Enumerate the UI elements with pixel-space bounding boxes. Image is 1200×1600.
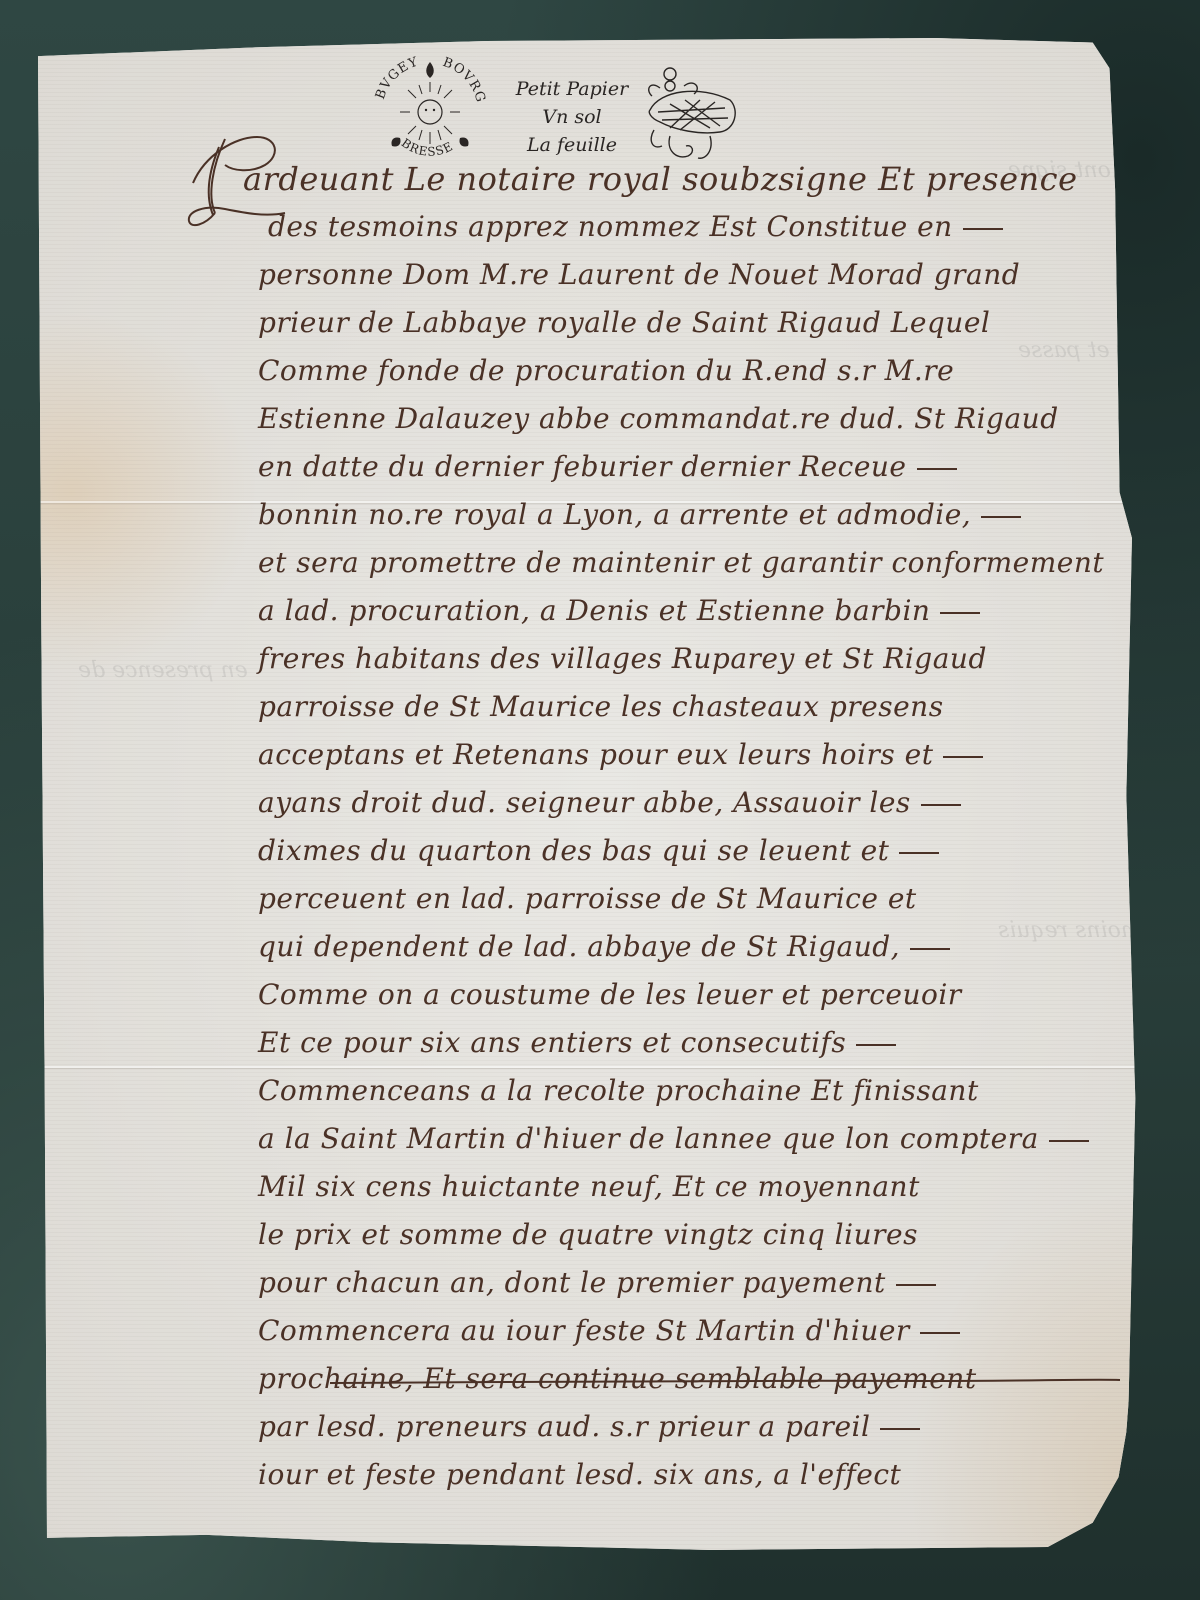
text-line: freres habitans des villages Ruparey et … (258, 635, 1138, 683)
text-line: parroisse de St Maurice les chasteaux pr… (258, 683, 1138, 731)
line-filler-dash (963, 228, 1003, 230)
line-filler-dash (1049, 1140, 1089, 1142)
text-line-content: des tesmoins apprez nommez Est Constitue… (268, 210, 953, 243)
text-line-content: en datte du dernier feburier dernier Rec… (258, 450, 907, 483)
text-line-content: perceuent en lad. parroisse de St Mauric… (258, 882, 917, 915)
text-line: des tesmoins apprez nommez Est Constitue… (268, 203, 1138, 251)
ornamental-flourish-icon (640, 60, 745, 170)
text-line-content: personne Dom M.re Laurent de Nouet Morad… (258, 258, 1020, 291)
text-line: personne Dom M.re Laurent de Nouet Morad… (258, 251, 1138, 299)
text-line: a lad. procuration, a Denis et Estienne … (258, 587, 1138, 635)
line-filler-dash (981, 516, 1021, 518)
text-line-content: a lad. procuration, a Denis et Estienne … (258, 594, 930, 627)
text-line-content: ardeuant Le notaire royal soubzsigne Et … (243, 160, 1078, 198)
stamp-line: Petit Papier (497, 75, 647, 103)
text-line: acceptans et Retenans pour eux leurs hoi… (258, 731, 1138, 779)
text-line-content: a la Saint Martin d'hiuer de lannee que … (258, 1122, 1039, 1155)
text-line-content: Commenceans a la recolte prochaine Et fi… (258, 1074, 979, 1107)
text-line: ardeuant Le notaire royal soubzsigne Et … (243, 155, 1138, 203)
text-line: Comme fonde de procuration du R.end s.r … (258, 347, 1138, 395)
fleur-de-lis-sun-icon: BVGEY BOVRG BRESSE (370, 52, 490, 172)
text-line: a la Saint Martin d'hiuer de lannee que … (258, 1115, 1138, 1163)
text-line-content: dixmes du quarton des bas qui se leuent … (258, 834, 889, 867)
text-line: Commencera au iour feste St Martin d'hiu… (258, 1307, 1138, 1355)
svg-text:BOVRG: BOVRG (441, 55, 489, 105)
text-line-content: iour et feste pendant lesd. six ans, a l… (258, 1458, 901, 1491)
svg-text:BVGEY: BVGEY (373, 55, 421, 102)
line-filler-dash (921, 804, 961, 806)
text-line-content: Comme on a coustume de les leuer et perc… (258, 978, 962, 1011)
text-line-content: Estienne Dalauzey abbe commandat.re dud.… (258, 402, 1059, 435)
text-line: pour chacun an, dont le premier payement (258, 1259, 1138, 1307)
text-line: perceuent en lad. parroisse de St Mauric… (258, 875, 1138, 923)
text-line-content: pour chacun an, dont le premier payement (258, 1266, 886, 1299)
stamp-tax-label: Petit Papier Vn sol La feuille (497, 75, 647, 159)
line-filler-dash (920, 1332, 960, 1334)
text-line: ayans droit dud. seigneur abbe, Assauoir… (258, 779, 1138, 827)
text-line: iour et feste pendant lesd. six ans, a l… (258, 1451, 1138, 1499)
text-line: Et ce pour six ans entiers et consecutif… (258, 1019, 1138, 1067)
text-line-content: Mil six cens huictante neuf, Et ce moyen… (258, 1170, 920, 1203)
text-line-content: Comme fonde de procuration du R.end s.r … (258, 354, 954, 387)
manuscript-body: ardeuant Le notaire royal soubzsigne Et … (258, 155, 1138, 1499)
text-line: qui dependent de lad. abbaye de St Rigau… (258, 923, 1138, 971)
text-line-content: ayans droit dud. seigneur abbe, Assauoir… (258, 786, 911, 819)
line-filler-dash (880, 1428, 920, 1430)
text-line: bonnin no.re royal a Lyon, a arrente et … (258, 491, 1138, 539)
text-line: dixmes du quarton des bas qui se leuent … (258, 827, 1138, 875)
text-line: Estienne Dalauzey abbe commandat.re dud.… (258, 395, 1138, 443)
text-line-content: qui dependent de lad. abbaye de St Rigau… (258, 930, 900, 963)
text-line-content: le prix et somme de quatre vingtz cinq l… (258, 1218, 918, 1251)
text-line: prieur de Labbaye royalle de Saint Rigau… (258, 299, 1138, 347)
text-line: Commenceans a la recolte prochaine Et fi… (258, 1067, 1138, 1115)
text-line: Comme on a coustume de les leuer et perc… (258, 971, 1138, 1019)
text-line: et sera promettre de maintenir et garant… (258, 539, 1138, 587)
text-line: en datte du dernier feburier dernier Rec… (258, 443, 1138, 491)
closing-rule (330, 1378, 1120, 1384)
stamp-line: Vn sol (497, 103, 647, 131)
line-filler-dash (899, 852, 939, 854)
text-line-content: bonnin no.re royal a Lyon, a arrente et … (258, 498, 971, 531)
text-line-content: Et ce pour six ans entiers et consecutif… (258, 1026, 846, 1059)
text-line-content: par lesd. preneurs aud. s.r prieur a par… (258, 1410, 870, 1443)
line-filler-dash (856, 1044, 896, 1046)
text-line-content: acceptans et Retenans pour eux leurs hoi… (258, 738, 933, 771)
line-filler-dash (943, 756, 983, 758)
text-line: le prix et somme de quatre vingtz cinq l… (258, 1211, 1138, 1259)
text-line-content: freres habitans des villages Ruparey et … (258, 642, 987, 675)
text-line-content: et sera promettre de maintenir et garant… (258, 546, 1104, 579)
text-line-content: prieur de Labbaye royalle de Saint Rigau… (258, 306, 990, 339)
line-filler-dash (917, 468, 957, 470)
bleed-through-text: en presence de (78, 658, 248, 683)
line-filler-dash (940, 612, 980, 614)
line-filler-dash (910, 948, 950, 950)
text-line-content: Commencera au iour feste St Martin d'hiu… (258, 1314, 910, 1347)
line-filler-dash (896, 1284, 936, 1286)
text-line-content: parroisse de St Maurice les chasteaux pr… (258, 690, 944, 723)
text-line: par lesd. preneurs aud. s.r prieur a par… (258, 1403, 1138, 1451)
text-line: Mil six cens huictante neuf, Et ce moyen… (258, 1163, 1138, 1211)
